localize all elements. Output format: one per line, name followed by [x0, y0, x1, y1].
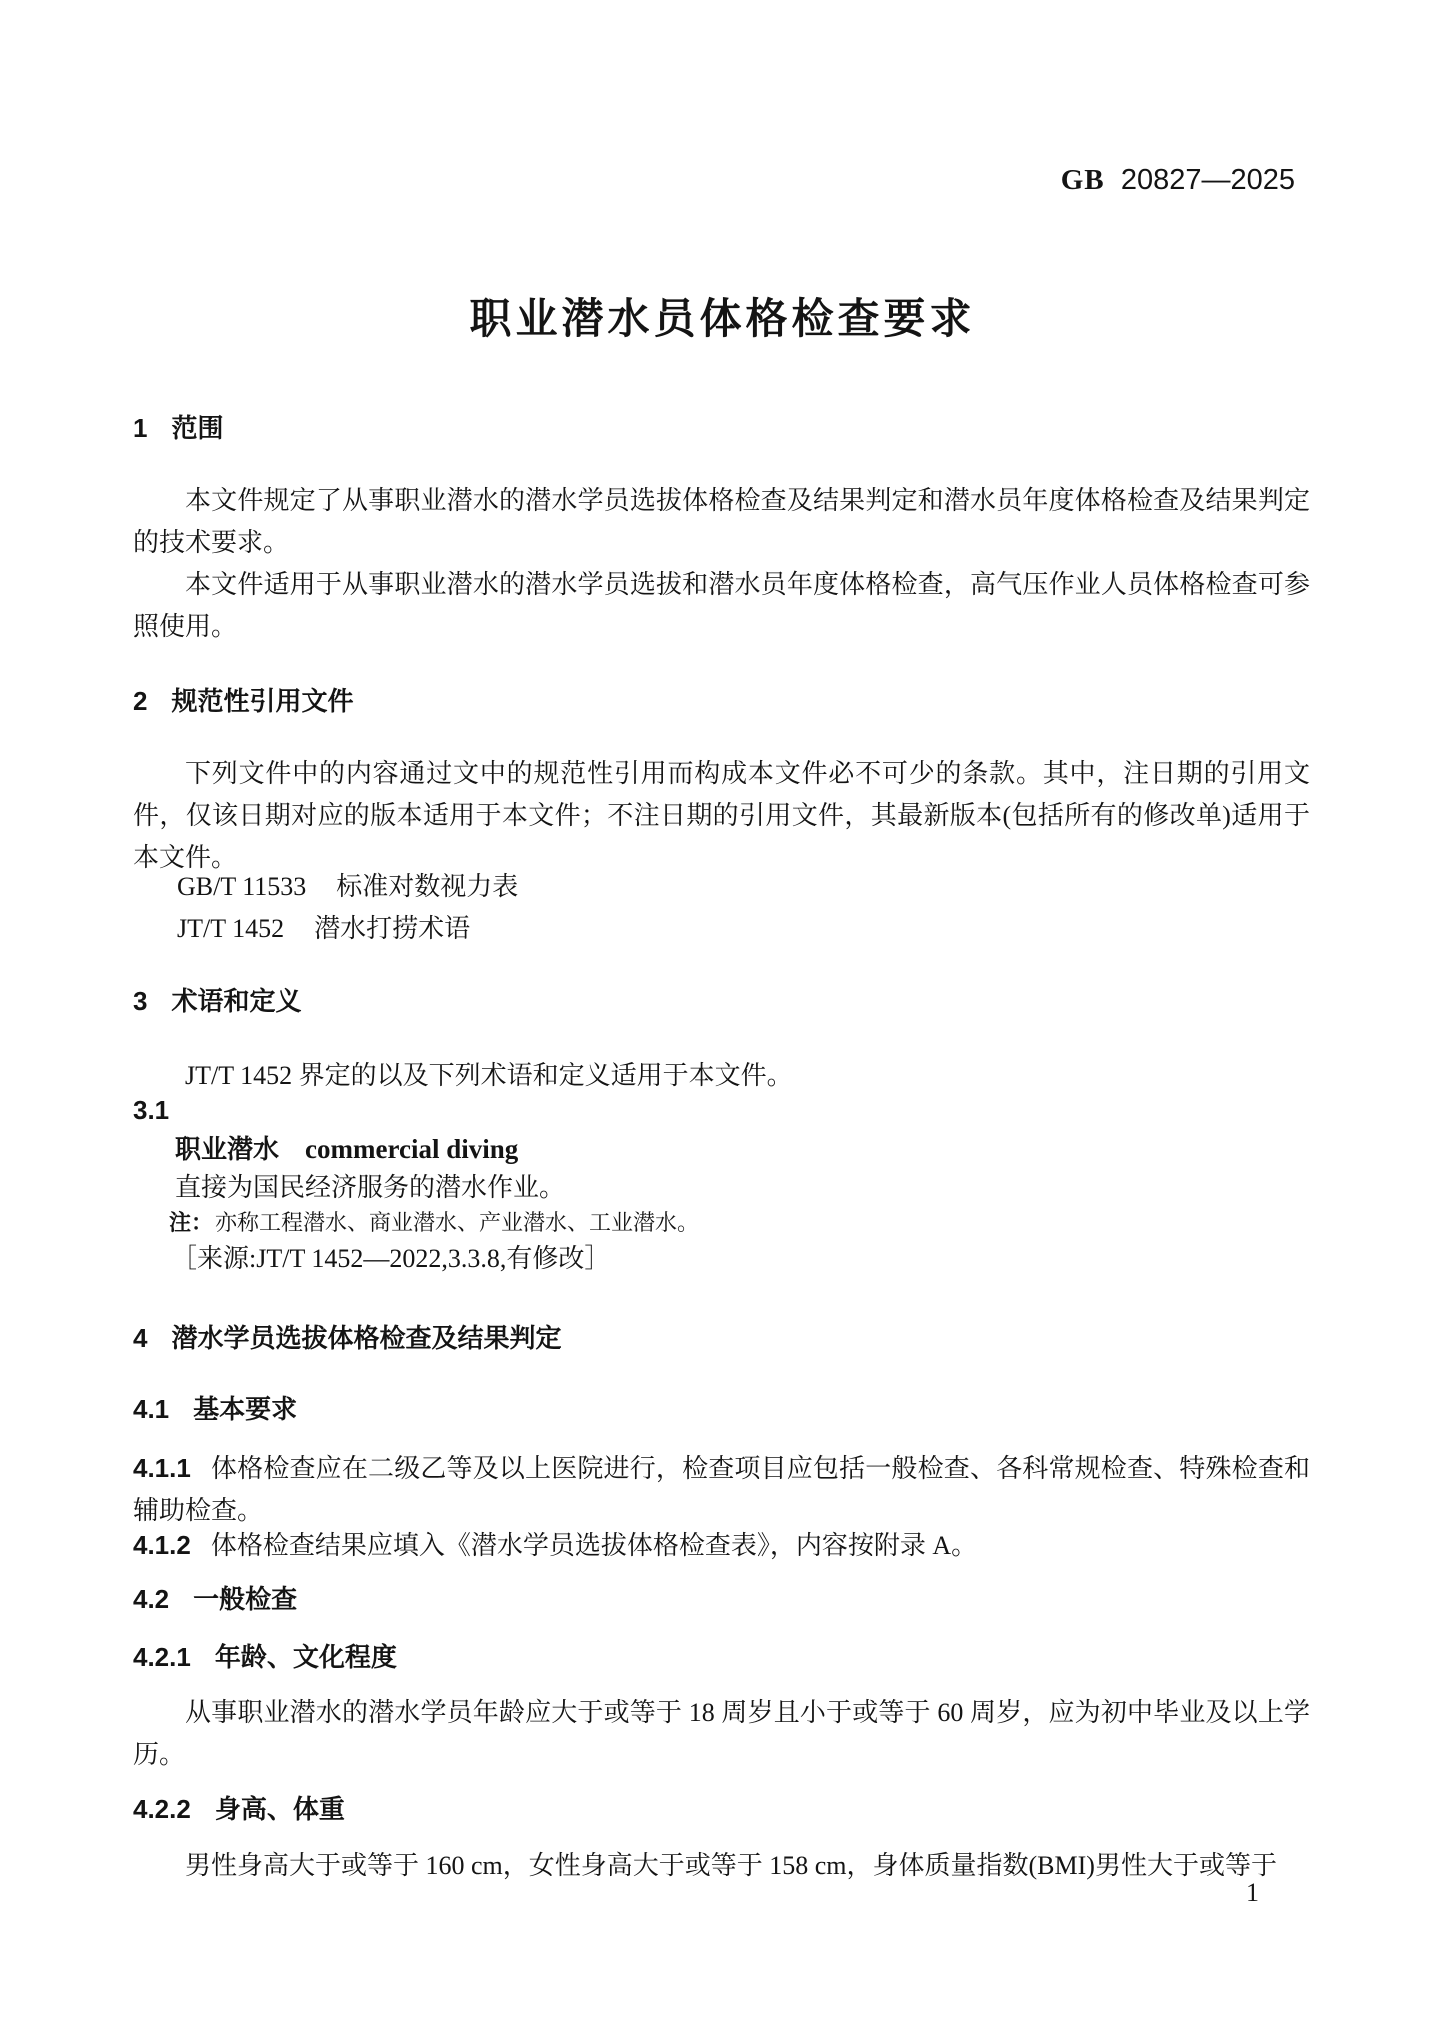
note-text: 亦称工程潜水、商业潜水、产业潜水、工业潜水。	[215, 1210, 699, 1235]
clause-4-1-1: 4.1.1体格检查应在二级乙等及以上医院进行，检查项目应包括一般检查、各科常规检…	[133, 1447, 1310, 1532]
reference-code: JT/T 1452	[177, 914, 284, 943]
term-english: commercial diving	[305, 1134, 518, 1164]
term-item-number: 3.1	[133, 1094, 1310, 1126]
section-2-number: 2	[133, 686, 147, 716]
term-entry: 职业潜水commercial diving	[133, 1131, 1352, 1172]
section-4-number: 4	[133, 1323, 147, 1353]
section-4-title: 潜水学员选拔体格检查及结果判定	[171, 1323, 561, 1353]
normative-references-paragraph: 下列文件中的内容通过文中的规范性引用而构成本文件必不可少的条款。其中，注日期的引…	[133, 753, 1310, 879]
terms-intro-paragraph: JT/T 1452 界定的以及下列术语和定义适用于本文件。	[133, 1055, 1310, 1097]
clause-4-1-1-text: 体格检查应在二级乙等及以上医院进行，检查项目应包括一般检查、各科常规检查、特殊检…	[133, 1454, 1310, 1525]
standard-code: GB 20827—2025	[1061, 164, 1295, 197]
section-2-title: 规范性引用文件	[171, 686, 353, 716]
document-page: GB 20827—2025 职业潜水员体格检查要求 1范围 本文件规定了从事职业…	[0, 0, 1445, 2044]
note-label: 注：	[169, 1210, 213, 1235]
section-4-2-2-heading: 4.2.2身高、体重	[133, 1792, 1310, 1826]
standard-code-number: 20827—2025	[1121, 164, 1295, 196]
section-4-2-2-title: 身高、体重	[215, 1794, 345, 1824]
document-title: 职业潜水员体格检查要求	[0, 286, 1445, 346]
page-number: 1	[1246, 1878, 1259, 1908]
term-source: ［来源:JT/T 1452—2022,3.3.8,有修改］	[133, 1241, 1348, 1277]
section-3-title: 术语和定义	[171, 986, 301, 1016]
section-4-2-title: 一般检查	[193, 1584, 297, 1614]
section-4-1-title: 基本要求	[193, 1394, 297, 1424]
reference-code: GB/T 11533	[177, 872, 306, 901]
section-4-2-1-heading: 4.2.1年龄、文化程度	[133, 1640, 1310, 1674]
reference-title: 标准对数视力表	[336, 872, 518, 901]
section-2-heading: 2规范性引用文件	[133, 684, 1310, 718]
scope-paragraph-1: 本文件规定了从事职业潜水的潜水学员选拔体格检查及结果判定和潜水员年度体格检查及结…	[133, 480, 1310, 564]
age-education-paragraph: 从事职业潜水的潜水学员年龄应大于或等于 18 周岁且小于或等于 60 周岁，应为…	[133, 1692, 1310, 1776]
reference-item: GB/T 11533标准对数视力表	[177, 866, 1354, 908]
term-definition: 直接为国民经济服务的潜水作业。	[133, 1170, 1352, 1206]
reference-item: JT/T 1452潜水打捞术语	[177, 908, 1354, 950]
height-weight-paragraph: 男性身高大于或等于 160 cm，女性身高大于或等于 158 cm，身体质量指数…	[133, 1845, 1310, 1887]
reference-title: 潜水打捞术语	[314, 914, 470, 943]
section-1-heading: 1范围	[133, 411, 1310, 445]
term-note: 注：亦称工程潜水、商业潜水、产业潜水、工业潜水。	[133, 1208, 1346, 1238]
section-1-title: 范围	[171, 413, 223, 443]
section-4-2-heading: 4.2一般检查	[133, 1582, 1310, 1616]
clause-4-1-2-text: 体格检查结果应填入《潜水学员选拔体格检查表》，内容按附录 A。	[211, 1531, 977, 1560]
standard-code-prefix: GB	[1061, 164, 1105, 196]
normative-reference-list: GB/T 11533标准对数视力表 JT/T 1452潜水打捞术语	[133, 866, 1354, 950]
scope-paragraph-2: 本文件适用于从事职业潜水的潜水学员选拔和潜水员年度体格检查，高气压作业人员体格检…	[133, 564, 1310, 648]
section-4-2-1-number: 4.2.1	[133, 1642, 191, 1672]
section-3-number: 3	[133, 986, 147, 1016]
section-4-1-number: 4.1	[133, 1394, 169, 1424]
section-4-2-1-title: 年龄、文化程度	[215, 1642, 397, 1672]
section-4-1-heading: 4.1基本要求	[133, 1392, 1310, 1426]
section-1-number: 1	[133, 413, 147, 443]
clause-4-1-2: 4.1.2体格检查结果应填入《潜水学员选拔体格检查表》，内容按附录 A。	[133, 1524, 1310, 1567]
section-4-heading: 4潜水学员选拔体格检查及结果判定	[133, 1321, 1310, 1355]
term-chinese: 职业潜水	[175, 1134, 279, 1164]
clause-4-1-1-number: 4.1.1	[133, 1453, 191, 1483]
section-4-2-number: 4.2	[133, 1584, 169, 1614]
section-4-2-2-number: 4.2.2	[133, 1794, 191, 1824]
section-3-heading: 3术语和定义	[133, 984, 1310, 1018]
clause-4-1-2-number: 4.1.2	[133, 1530, 191, 1560]
